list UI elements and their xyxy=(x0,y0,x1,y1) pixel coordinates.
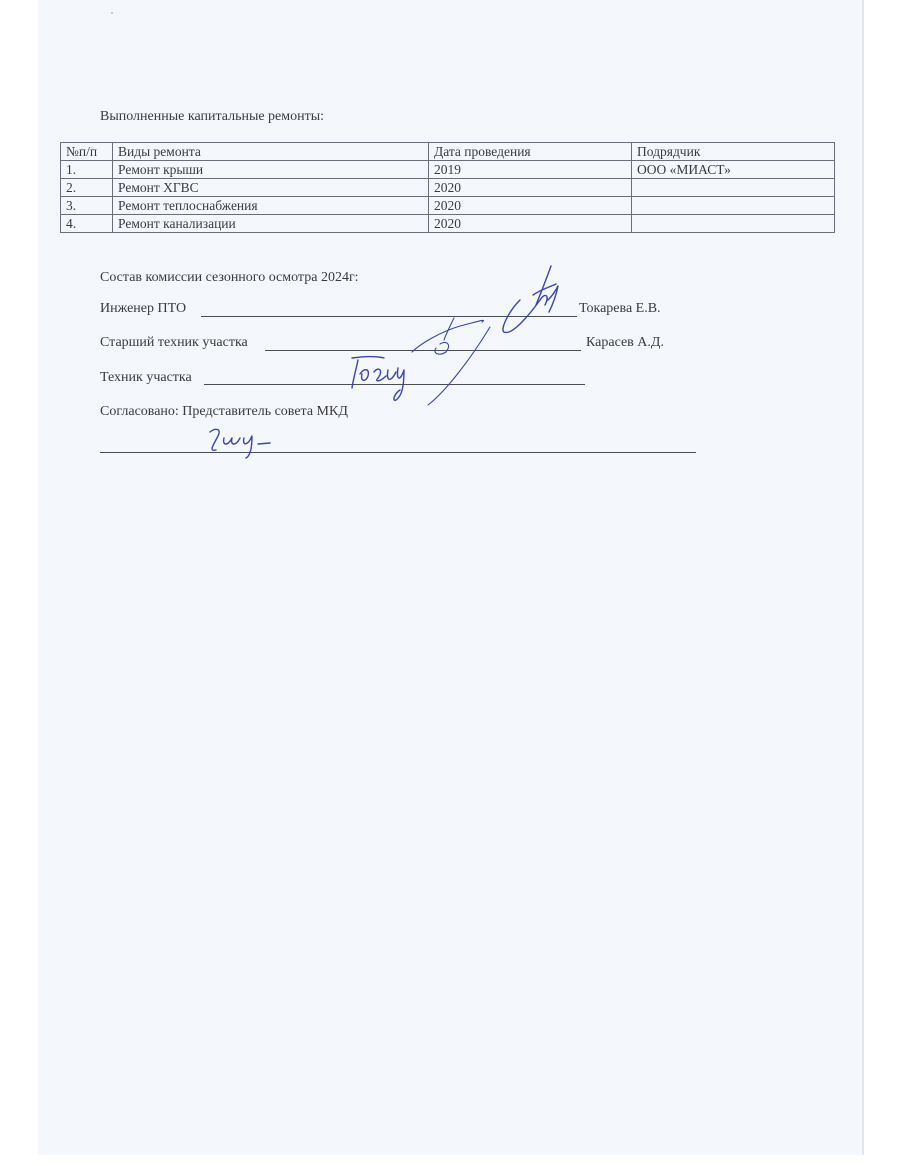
member-role-engineer: Инженер ПТО xyxy=(100,301,186,317)
signature-line-technician xyxy=(204,384,585,385)
cell-repair-type: Ремонт теплоснабжения xyxy=(113,197,429,215)
approval-label: Согласовано: Представитель совета МКД xyxy=(100,404,348,420)
cell-repair-type: Ремонт крыши xyxy=(113,161,429,179)
table-header-row: №п/п Виды ремонта Дата проведения Подряд… xyxy=(61,143,835,161)
member-name-engineer: Токарева Е.В. xyxy=(579,301,661,317)
cell-contractor: ООО «МИАСТ» xyxy=(632,161,835,179)
table-row: 4. Ремонт канализации 2020 xyxy=(61,215,835,233)
signature-line-senior-technician xyxy=(265,350,581,351)
commission-title: Состав комиссии сезонного осмотра 2024г: xyxy=(100,270,359,286)
member-role-senior-technician: Старший техник участка xyxy=(100,335,248,351)
cell-repair-type: Ремонт ХГВС xyxy=(113,179,429,197)
signature-line-approval xyxy=(100,452,696,453)
signature-line-engineer xyxy=(201,316,577,317)
repairs-heading: Выполненные капитальные ремонты: xyxy=(100,109,324,125)
header-cell-contractor: Подрядчик xyxy=(632,143,835,161)
cell-contractor xyxy=(632,197,835,215)
table-row: 1. Ремонт крыши 2019 ООО «МИАСТ» xyxy=(61,161,835,179)
table-row: 2. Ремонт ХГВС 2020 xyxy=(61,179,835,197)
header-cell-number: №п/п xyxy=(61,143,113,161)
member-name-senior-technician: Карасев А.Д. xyxy=(586,335,664,351)
cell-number: 3. xyxy=(61,197,113,215)
cell-date: 2020 xyxy=(429,179,632,197)
cell-number: 1. xyxy=(61,161,113,179)
cell-number: 2. xyxy=(61,179,113,197)
cell-date: 2019 xyxy=(429,161,632,179)
cell-repair-type: Ремонт канализации xyxy=(113,215,429,233)
cell-contractor xyxy=(632,179,835,197)
repairs-table: №п/п Виды ремонта Дата проведения Подряд… xyxy=(60,142,835,233)
cell-number: 4. xyxy=(61,215,113,233)
scan-speck xyxy=(111,12,113,14)
header-cell-date: Дата проведения xyxy=(429,143,632,161)
cell-date: 2020 xyxy=(429,215,632,233)
table-row: 3. Ремонт теплоснабжения 2020 xyxy=(61,197,835,215)
header-cell-repair-type: Виды ремонта xyxy=(113,143,429,161)
cell-date: 2020 xyxy=(429,197,632,215)
member-role-technician: Техник участка xyxy=(100,370,192,386)
cell-contractor xyxy=(632,215,835,233)
